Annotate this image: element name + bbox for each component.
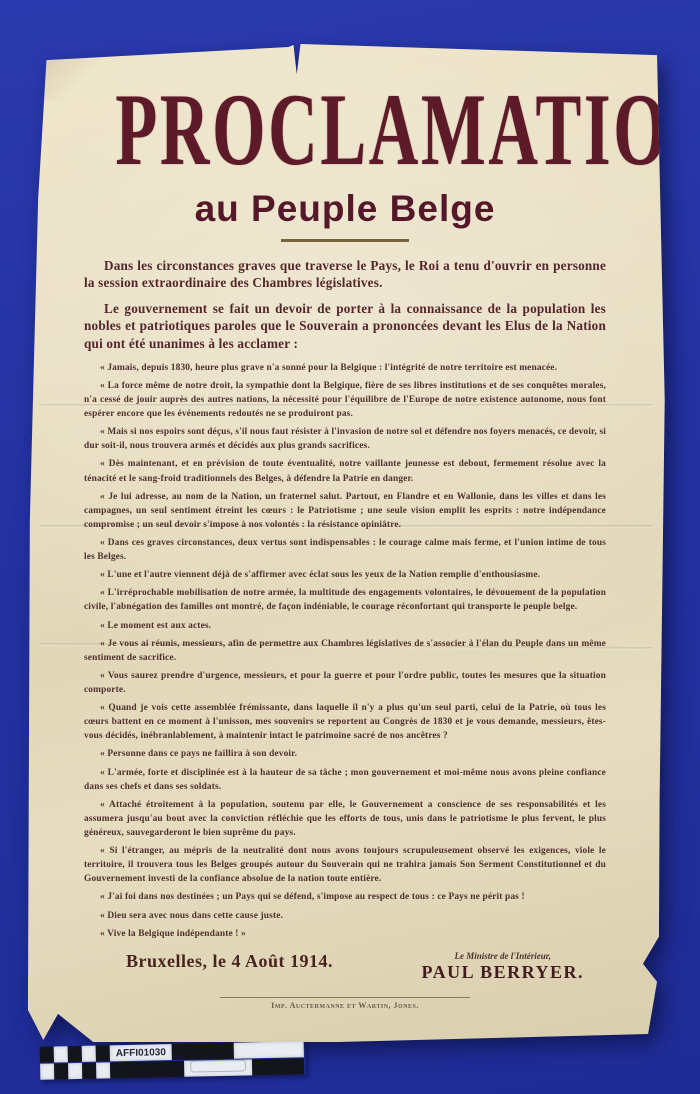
speech-paragraph: « Attaché étroitement à la population, s…	[84, 798, 606, 840]
title-divider	[281, 239, 409, 242]
speech-paragraph: « Vive la Belgique indépendante ! »	[84, 927, 606, 941]
scale-segment	[110, 1061, 184, 1079]
speech-paragraph: « Le moment est aux actes.	[84, 619, 606, 633]
speech-paragraph: « Dans ces graves circonstances, deux ve…	[84, 536, 606, 564]
poster-subtitle: au Peuple Belge	[84, 188, 606, 230]
signature-role: Le Ministre de l'Intérieur,	[421, 951, 584, 961]
speech-paragraph: « Dès maintenant, et en prévision de tou…	[84, 457, 606, 485]
scale-square	[40, 1046, 54, 1062]
intro-section: Dans les circonstances graves que traver…	[84, 257, 606, 352]
speech-paragraph: « J'ai foi dans nos destinées ; un Pays …	[84, 890, 606, 904]
scale-square	[68, 1046, 82, 1062]
poster-content: PROCLAMATION au Peuple Belge Dans les ci…	[26, 82, 666, 1086]
speech-paragraph: « Si l'étranger, au mépris de la neutral…	[84, 844, 606, 886]
poster-title: PROCLAMATION	[115, 77, 574, 183]
dateline: Bruxelles, le 4 Août 1914.	[126, 951, 333, 972]
speech-paragraph: « Dieu sera avec nous dans cette cause j…	[84, 909, 606, 923]
scale-square	[96, 1045, 110, 1061]
speech-paragraph: « L'armée, forte et disciplinée est à la…	[84, 766, 606, 794]
scale-square	[54, 1046, 68, 1062]
photo-scale-bar: AFFI01030	[40, 1041, 307, 1080]
scale-segment	[184, 1059, 252, 1076]
scale-segment	[234, 1041, 304, 1058]
speech-paragraph: « Personne dans ce pays ne faillira à so…	[84, 747, 606, 761]
speech-paragraph: « Je vous ai réunis, messieurs, afin de …	[84, 637, 606, 665]
scale-segment	[252, 1058, 304, 1075]
speech-paragraph: « Jamais, depuis 1830, heure plus grave …	[84, 361, 606, 375]
signature-name: PAUL BERRYER.	[421, 962, 584, 983]
proclamation-poster: PROCLAMATION au Peuple Belge Dans les ci…	[26, 38, 666, 1042]
signature-row: Bruxelles, le 4 Août 1914. Le Ministre d…	[84, 951, 606, 983]
speech-section: « Jamais, depuis 1830, heure plus grave …	[84, 361, 606, 941]
intro-paragraph: Dans les circonstances graves que traver…	[84, 257, 606, 291]
printer-imprint: Imp. Auctermanne et Wartin, Jones.	[220, 997, 470, 1010]
signature-block: Le Ministre de l'Intérieur, PAUL BERRYER…	[421, 951, 584, 983]
scale-segment	[172, 1043, 234, 1060]
scale-square	[96, 1062, 110, 1078]
scale-emboss	[190, 1059, 247, 1072]
speech-paragraph: « L'irréprochable mobilisation de notre …	[84, 586, 606, 614]
poster-photo: PROCLAMATION au Peuple Belge Dans les ci…	[26, 38, 666, 1042]
speech-paragraph: « Mais si nos espoirs sont déçus, s'il n…	[84, 425, 606, 453]
speech-paragraph: « La force même de notre droit, la sympa…	[84, 379, 606, 421]
scale-label: AFFI01030	[110, 1044, 172, 1061]
scale-square	[68, 1063, 82, 1079]
speech-paragraph: « Vous saurez prendre d'urgence, messieu…	[84, 669, 606, 697]
speech-paragraph: « L'une et l'autre viennent déjà de s'af…	[84, 568, 606, 582]
scale-square	[40, 1063, 54, 1079]
intro-paragraph: Le gouvernement se fait un devoir de por…	[84, 300, 606, 351]
scale-square	[82, 1046, 96, 1062]
scale-square	[82, 1063, 96, 1079]
scale-square	[54, 1063, 68, 1079]
speech-paragraph: « Je lui adresse, au nom de la Nation, u…	[84, 490, 606, 532]
speech-paragraph: « Quand je vois cette assemblée frémissa…	[84, 701, 606, 743]
